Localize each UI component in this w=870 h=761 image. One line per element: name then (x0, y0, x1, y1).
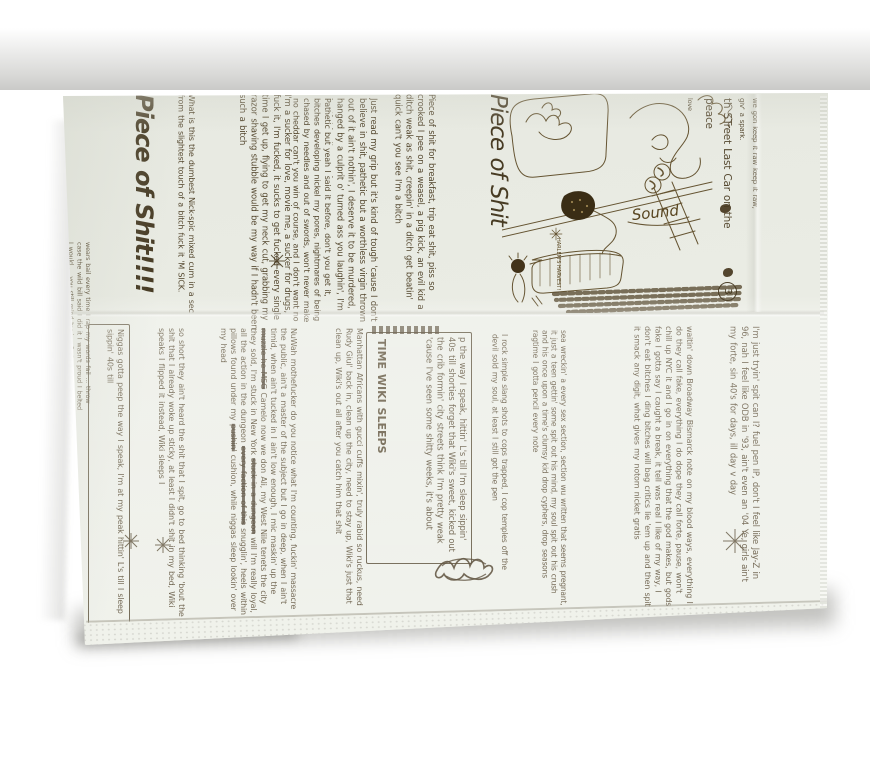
col6-scratched-words: every faction of this (239, 446, 248, 525)
vertical-crease (746, 94, 762, 312)
note-line-peace: peace (698, 98, 714, 162)
balloon-string (592, 210, 616, 254)
wiki-sleeps-box: p the way I speak, hittin' L's till I'm … (366, 332, 472, 564)
note-line-giv-a-spark: giv' a spark. (734, 98, 745, 168)
verse-a-column: Piece of shit for breakfast, trip eat sh… (378, 94, 436, 324)
col6-scratched-words: muzzle he MSG (259, 328, 268, 389)
col6-dungeon-verse: NuWah mothefucker do you notice what I'm… (188, 328, 298, 620)
left-hook-box-text: Niggas gotta peep the way I speak, I'm a… (91, 329, 125, 629)
verse-d-column: I'm a sucker for love, movie me, a sucke… (196, 94, 292, 330)
wiki-sleeps-box-text: p the way I speak, hittin' L's till I'm … (393, 337, 467, 555)
harlem-harvest-caption: HARLEM'S HARVEST! (555, 238, 561, 290)
elevated-track-lines (502, 182, 712, 237)
window-frame-sketch (510, 94, 608, 178)
right-deckle-edge (820, 96, 827, 608)
asterisk-doodle (122, 532, 140, 550)
crowd-texture (554, 287, 740, 312)
figure-head (511, 259, 525, 273)
col6-scratched-words: stuck in a dungeon (249, 458, 258, 534)
col3-sex-section: sea wreckin' a every sex section, sectio… (510, 330, 568, 606)
col6-part: NuWah mothefucker do you notice what I'm… (269, 328, 298, 609)
col4-simple-slang: I rock simple slang shots to cops trappe… (477, 334, 509, 576)
col7-wiki-sleeps: so short they ain't heard the shit that … (130, 328, 186, 620)
fold-crease (66, 310, 824, 317)
photo-of-handwritten-lyric-sheet: wears bail every time I rap my words fai… (0, 0, 870, 761)
subway-scene-drawing: Sound HARLEM'S HARVEST! (502, 88, 752, 313)
col2-broadway-verse: waitin' down Broadway Bismarck note on m… (568, 326, 694, 608)
note-line-last-car: th STreet Last Car on the (716, 98, 732, 300)
col5-manhattan-verse: Manhattan Africans with gucci cuffs mixi… (298, 328, 364, 616)
box-top-scribble-texture (372, 326, 442, 334)
wheel-sketch (645, 177, 661, 193)
asterisk-doodle-large (722, 528, 748, 554)
song-title: Piece of Shit (437, 94, 509, 316)
verse-b-column: Just read my grip but it's kind of tough… (332, 98, 378, 326)
wiki-sleeps-box-emphasis: TIME WIKI SLEEPS (370, 339, 388, 557)
verse-e-column: What is this the dumbest Nick-spic mixed… (154, 94, 196, 326)
asterisk-doodle (268, 252, 286, 270)
circled-train-number: 3 (718, 282, 737, 301)
dark-balloon-blob (561, 191, 595, 220)
asterisk-doodle (154, 536, 172, 554)
tub-sketch (532, 250, 623, 293)
folded-lyric-sheet: wears bail every time I rap my words fai… (58, 86, 836, 652)
backdrop-shadow (0, 28, 870, 90)
note-tiny-word: love (684, 98, 693, 128)
sound-scrawl: Sound (631, 201, 680, 224)
left-hook-box: Niggas gotta peep the way I speak, I'm a… (88, 324, 130, 640)
col6-scratched-words: pushin' (229, 424, 238, 451)
verse-c-column: Pathetic but yeah I said it before, don'… (292, 98, 332, 326)
